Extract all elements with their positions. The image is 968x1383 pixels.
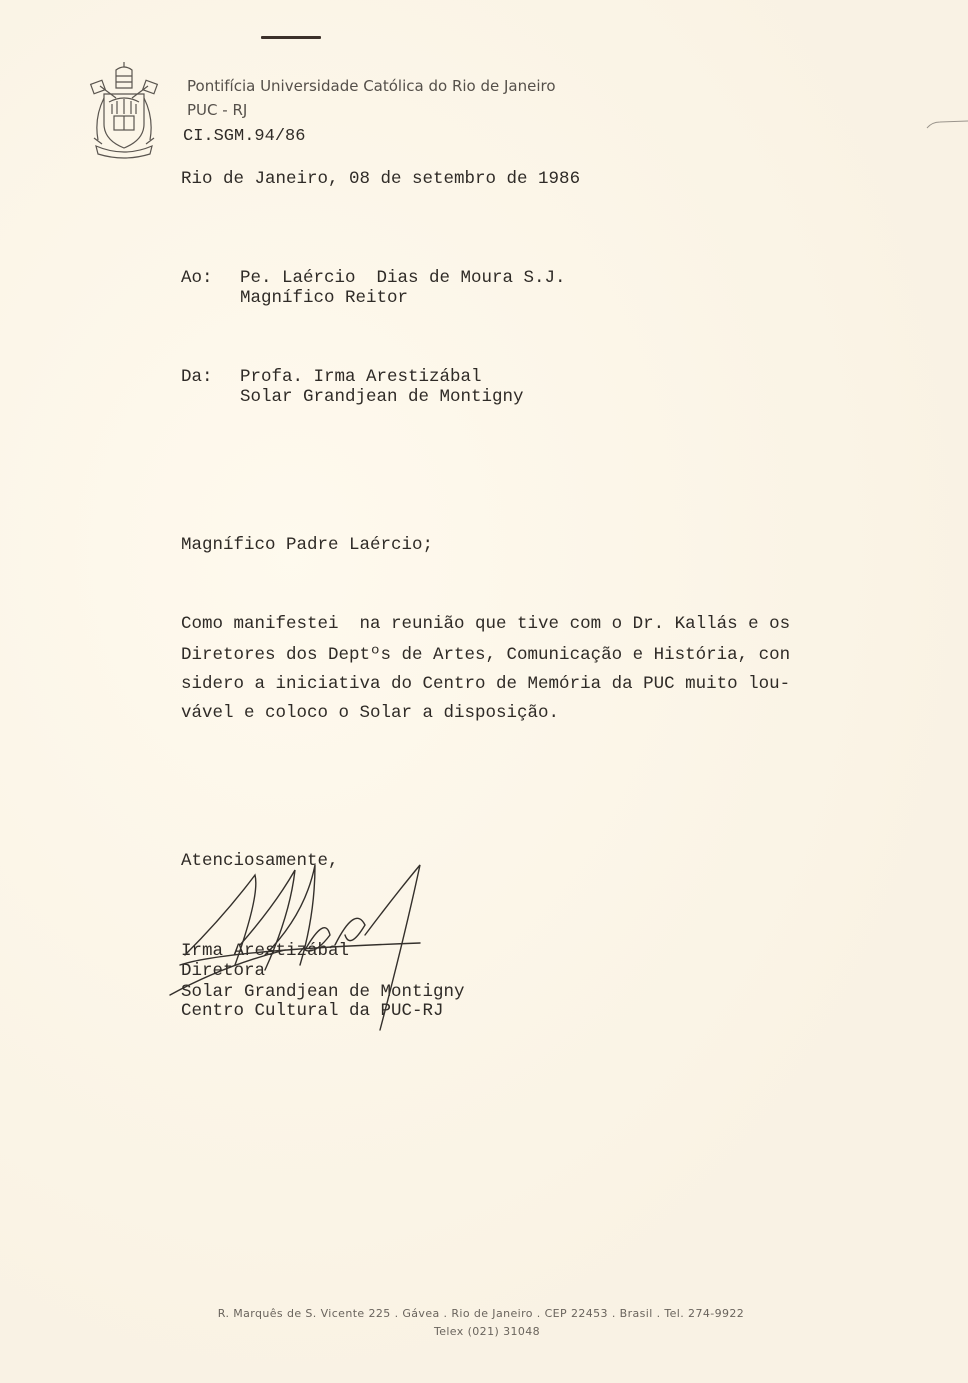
salutation: Magnífico Padre Laércio; <box>181 535 433 555</box>
sender-name: Profa. Irma Arestizábal <box>240 367 482 387</box>
ink-mark <box>261 36 321 39</box>
footer-telex: Telex (021) 31048 <box>3 1325 968 1338</box>
sender-organization: Solar Grandjean de Montigny <box>240 387 524 407</box>
closing: Atenciosamente, <box>181 851 339 871</box>
date-line: Rio de Janeiro, 08 de setembro de 1986 <box>181 169 580 189</box>
institution-name: Pontifícia Universidade Católica do Rio … <box>187 77 556 95</box>
body-line: Diretores dos Deptºs de Artes, Comunicaç… <box>181 645 790 665</box>
university-crest-icon <box>86 58 162 160</box>
recipient-title: Magnífico Reitor <box>240 288 408 308</box>
signer-organization: Solar Grandjean de Montigny <box>181 982 465 1002</box>
recipient-label: Ao: <box>181 268 213 288</box>
signer-institution: Centro Cultural da PUC-RJ <box>181 1001 444 1021</box>
signer-name: Irma Arestizábal <box>181 941 349 961</box>
letter-page: Pontifícia Universidade Católica do Rio … <box>0 0 968 1383</box>
signer-title: Diretora <box>181 961 265 981</box>
pencil-mark <box>926 118 968 130</box>
recipient-name: Pe. Laércio Dias de Moura S.J. <box>240 268 566 288</box>
footer-address: R. Marquês de S. Vicente 225 . Gávea . R… <box>0 1307 965 1320</box>
institution-abbreviation: PUC - RJ <box>187 101 247 119</box>
body-line: vável e coloco o Solar a disposição. <box>181 703 559 723</box>
sender-label: Da: <box>181 367 213 387</box>
reference-number: CI.SGM.94/86 <box>183 127 305 146</box>
body-line: Como manifestei na reunião que tive com … <box>181 614 790 634</box>
body-line: sidero a iniciativa do Centro de Memória… <box>181 674 790 694</box>
